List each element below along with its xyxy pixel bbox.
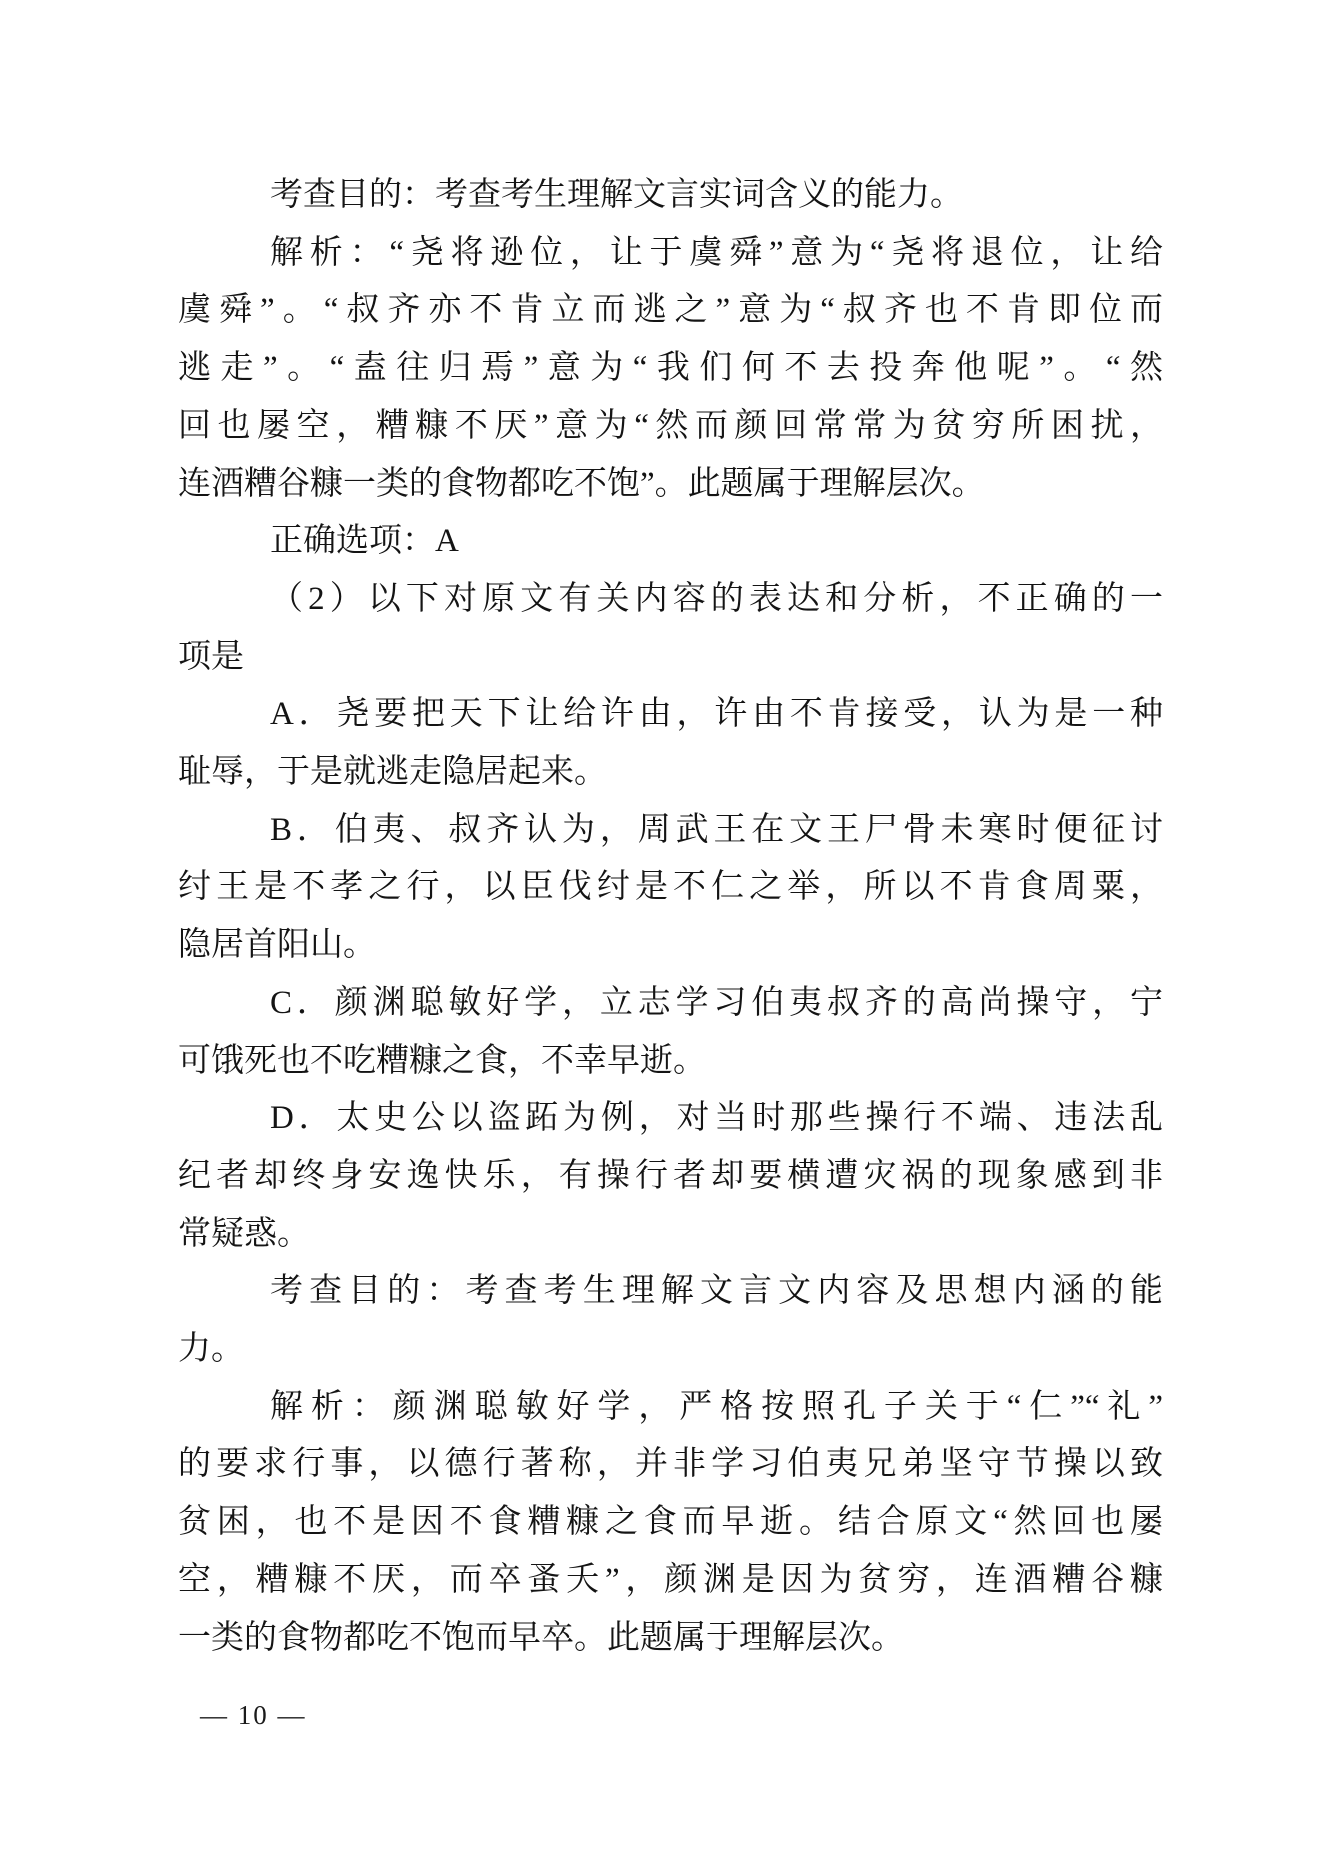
page-number: — 10 —	[200, 1700, 307, 1730]
text-line: C．颜渊聪敏好学，立志学习伯夷叔齐的高尚操守，宁	[178, 975, 1163, 1033]
text-line: 考查目的：考查考生理解文言实词含义的能力。	[178, 167, 1163, 225]
text-line: 纪者却终身安逸快乐，有操行者却要横遭灾祸的现象感到非	[178, 1148, 1163, 1206]
document-body: 考查目的：考查考生理解文言实词含义的能力。解析：“尧将逊位，让于虞舜”意为“尧将…	[178, 167, 1163, 1667]
text-line: 逃走”。“盍往归焉”意为“我们何不去投奔他呢”。“然	[178, 340, 1163, 398]
text-line: 解析：颜渊聪敏好学，严格按照孔子关于“仁”“礼”	[178, 1379, 1163, 1437]
paragraph: 解析：“尧将逊位，让于虞舜”意为“尧将退位，让给虞舜”。“叔齐亦不肯立而逃之”意…	[178, 225, 1163, 514]
text-line: 纣王是不孝之行，以臣伐纣是不仁之举，所以不肯食周粟，	[178, 859, 1163, 917]
paragraph: B．伯夷、叔齐认为，周武王在文王尸骨未寒时便征讨纣王是不孝之行，以臣伐纣是不仁之…	[178, 802, 1163, 975]
text-line: 力。	[178, 1321, 1163, 1379]
text-line: 的要求行事，以德行著称，并非学习伯夷兄弟坚守节操以致	[178, 1436, 1163, 1494]
paragraph: D．太史公以盗跖为例，对当时那些操行不端、违法乱纪者却终身安逸快乐，有操行者却要…	[178, 1090, 1163, 1263]
paragraph: 考查目的：考查考生理解文言实词含义的能力。	[178, 167, 1163, 225]
text-line: 贫困，也不是因不食糟糠之食而早逝。结合原文“然回也屡	[178, 1494, 1163, 1552]
text-line: 连酒糟谷糠一类的食物都吃不饱”。此题属于理解层次。	[178, 456, 1163, 514]
text-line: 常疑惑。	[178, 1206, 1163, 1264]
text-line: B．伯夷、叔齐认为，周武王在文王尸骨未寒时便征讨	[178, 802, 1163, 860]
text-line: 一类的食物都吃不饱而早卒。此题属于理解层次。	[178, 1610, 1163, 1668]
text-line: 空，糟糠不厌，而卒蚤夭”，颜渊是因为贫穷，连酒糟谷糠	[178, 1552, 1163, 1610]
text-line: 解析：“尧将逊位，让于虞舜”意为“尧将退位，让给	[178, 225, 1163, 283]
text-line: 虞舜”。“叔齐亦不肯立而逃之”意为“叔齐也不肯即位而	[178, 282, 1163, 340]
text-line: 可饿死也不吃糟糠之食，不幸早逝。	[178, 1033, 1163, 1091]
text-line: （2）以下对原文有关内容的表达和分析，不正确的一	[178, 571, 1163, 629]
paragraph: （2）以下对原文有关内容的表达和分析，不正确的一项是	[178, 571, 1163, 686]
paragraph: 解析：颜渊聪敏好学，严格按照孔子关于“仁”“礼”的要求行事，以德行著称，并非学习…	[178, 1379, 1163, 1668]
text-line: D．太史公以盗跖为例，对当时那些操行不端、违法乱	[178, 1090, 1163, 1148]
paragraph: 正确选项：A	[178, 513, 1163, 571]
paragraph: 考查目的：考查考生理解文言文内容及思想内涵的能力。	[178, 1263, 1163, 1378]
text-line: 考查目的：考查考生理解文言文内容及思想内涵的能	[178, 1263, 1163, 1321]
text-line: A．尧要把天下让给许由，许由不肯接受，认为是一种	[178, 686, 1163, 744]
paragraph: C．颜渊聪敏好学，立志学习伯夷叔齐的高尚操守，宁可饿死也不吃糟糠之食，不幸早逝。	[178, 975, 1163, 1090]
text-line: 回也屡空，糟糠不厌”意为“然而颜回常常为贫穷所困扰，	[178, 398, 1163, 456]
text-line: 隐居首阳山。	[178, 917, 1163, 975]
text-line: 项是	[178, 629, 1163, 687]
text-line: 耻辱，于是就逃走隐居起来。	[178, 744, 1163, 802]
paragraph: A．尧要把天下让给许由，许由不肯接受，认为是一种耻辱，于是就逃走隐居起来。	[178, 686, 1163, 801]
text-line: 正确选项：A	[178, 513, 1163, 571]
